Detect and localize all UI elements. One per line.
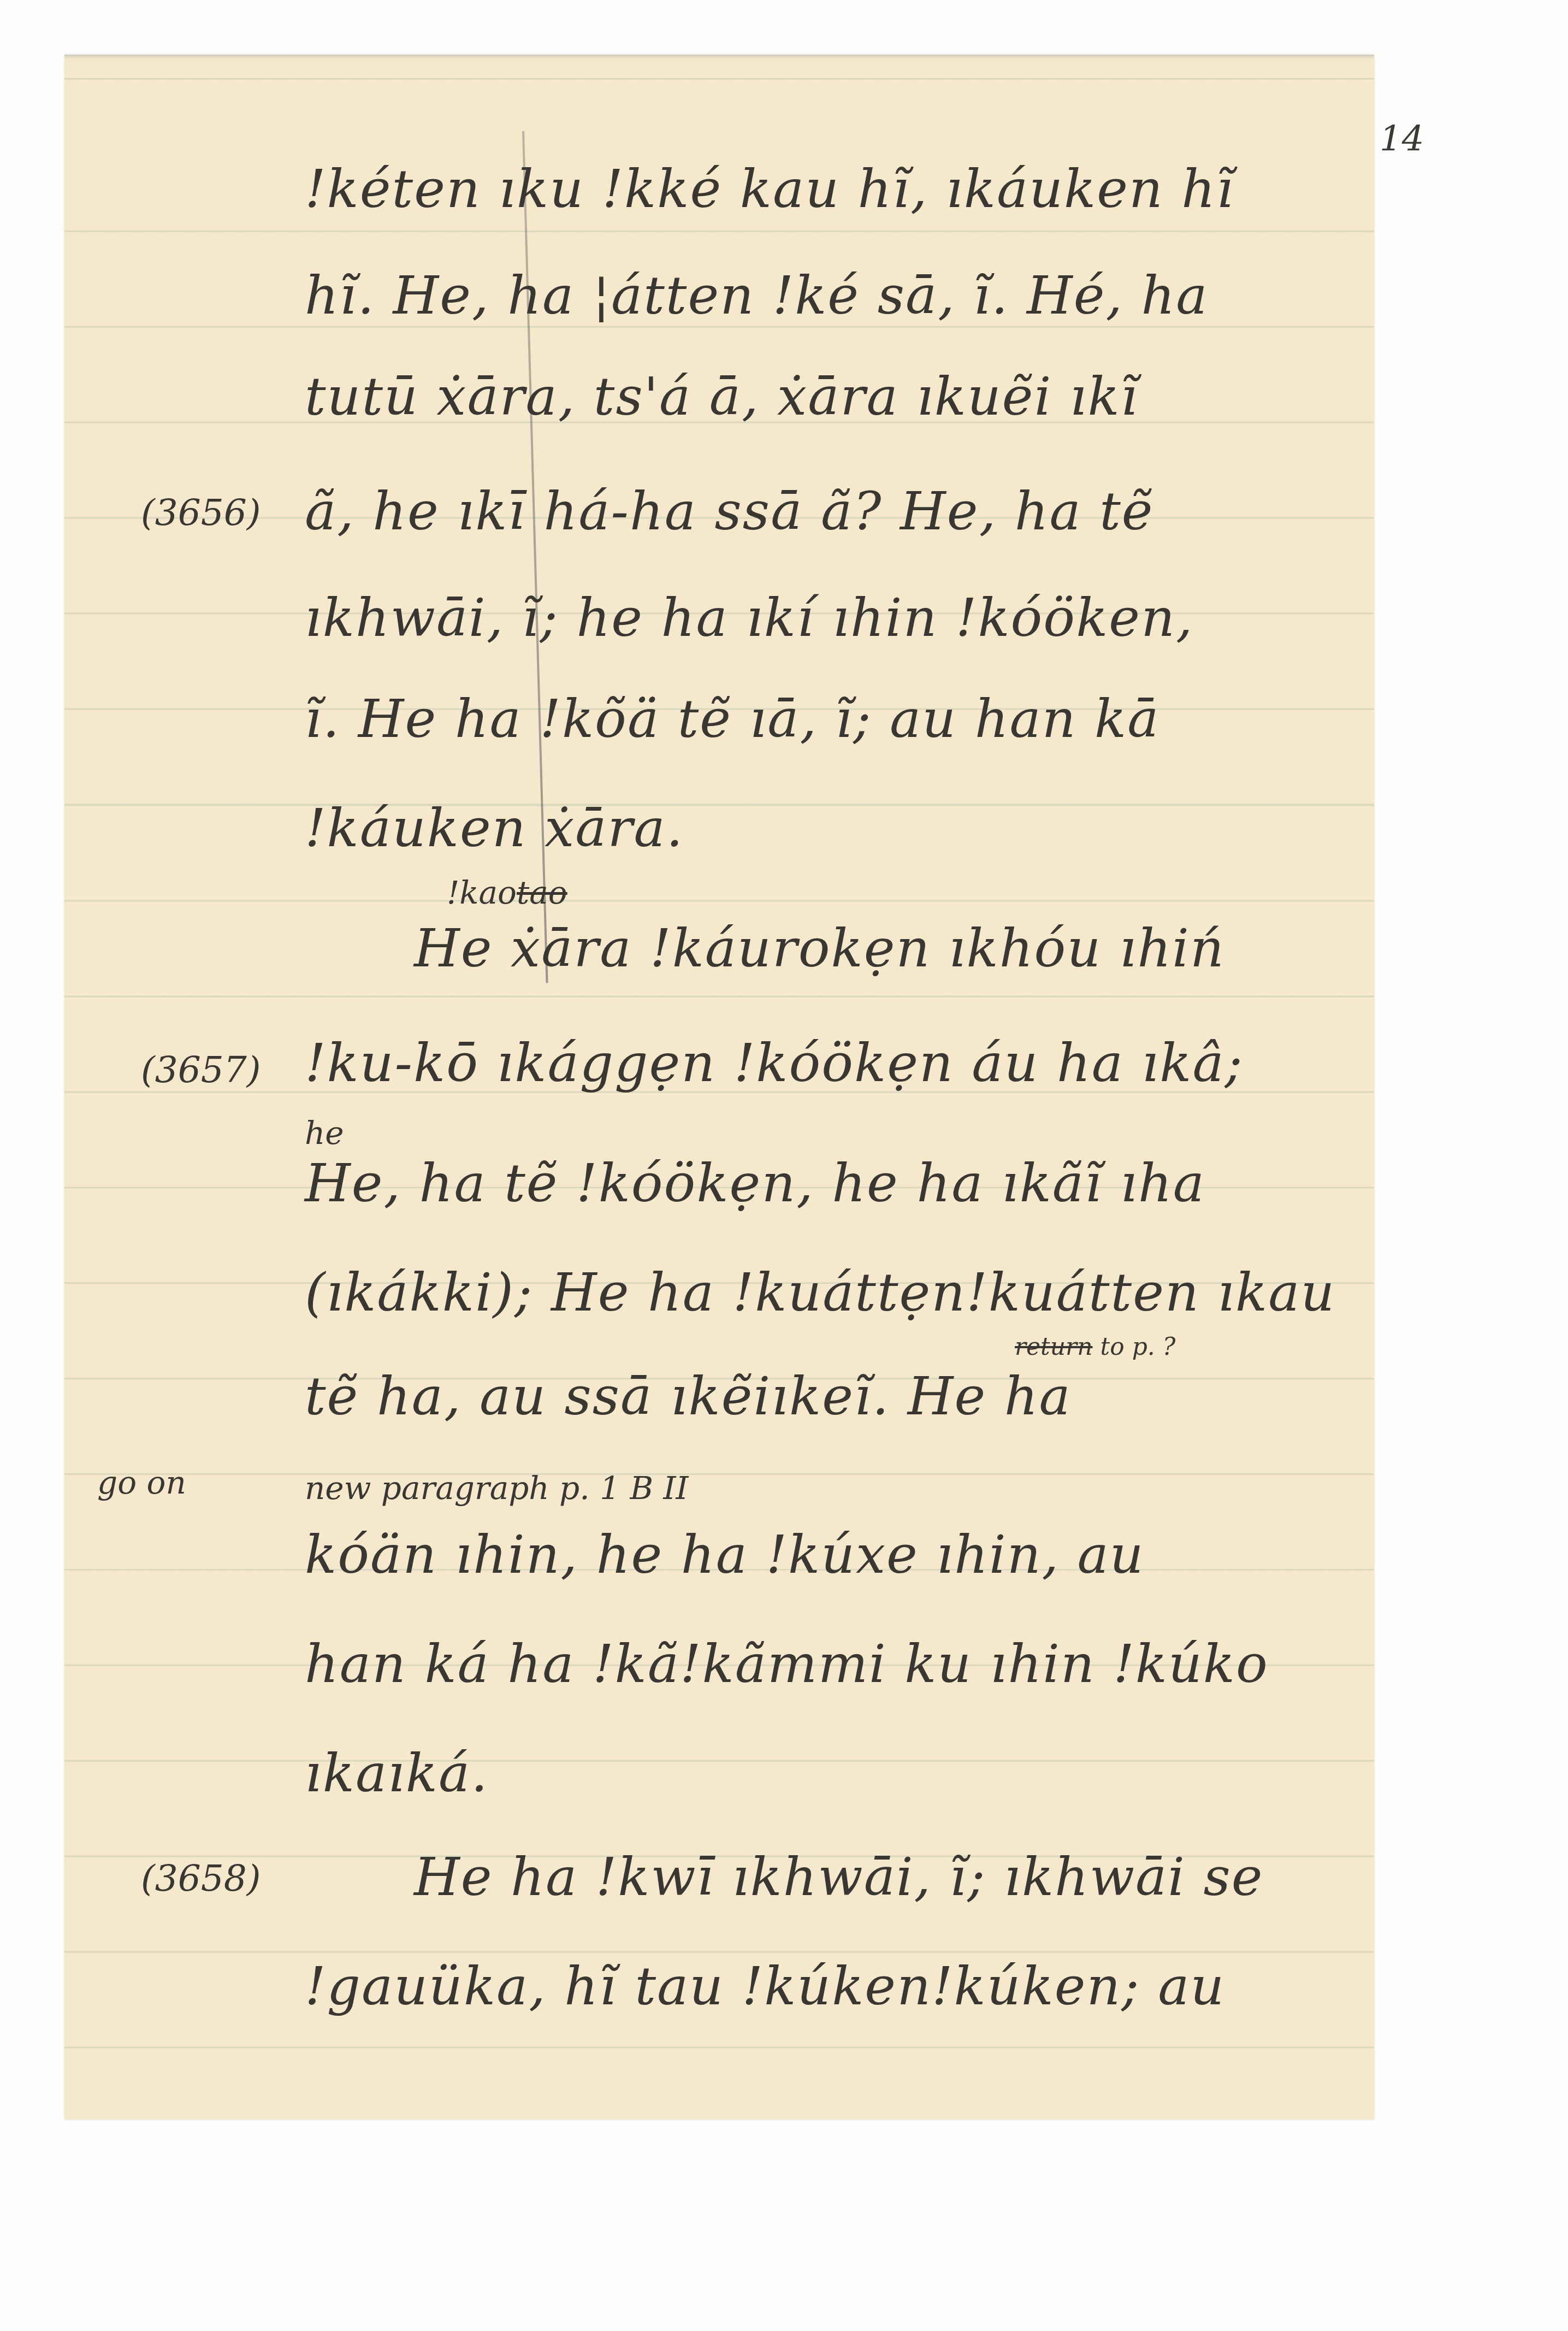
text-line-3: tutū ẋāra, ts'á ā, ẋāra ıkuẽi ıkĩ: [305, 366, 1138, 427]
text-line-7: !káuken ẋāra.: [305, 798, 684, 859]
margin-go-on: go on: [97, 1464, 186, 1501]
text-line-13: kóän ıhin, he ha !kúxe ıhin, au: [305, 1524, 1145, 1585]
text-line-1: !kéten ıku !kké kau hĩ, ıkáuken hĩ: [305, 158, 1234, 220]
insertion-note: !kaotao: [447, 874, 567, 911]
text-line-8: He ẋāra !káurokẹn ıkhóu ıhiń: [414, 918, 1225, 979]
return-note: return to p. ?: [1015, 1333, 1175, 1361]
text-line-12: tẽ ha, au ssā ıkẽiıkeĩ. He ha: [305, 1366, 1072, 1427]
text-line-17: !gauüka, hĩ tau !kúken!kúken; au: [305, 1956, 1225, 2017]
new-paragraph-note: new paragraph p. 1 B II: [305, 1470, 688, 1507]
margin-number-3656: (3656): [141, 492, 261, 534]
text-line-5: ıkhwāi, ĩ; he ha ıkí ıhin !kóöken,: [305, 587, 1193, 648]
text-line-16: He ha !kwī ıkhwāi, ĩ; ıkhwāi se: [414, 1846, 1264, 1908]
text-line-14: han ká ha !kã!kãmmi ku ıhin !kúko: [305, 1633, 1269, 1695]
text-line-2: hĩ. He, ha ¦átten !ké sā, ĩ. Hé, ha: [305, 265, 1209, 326]
manuscript-page: 14 !kéten ıku !kké kau hĩ, ıkáuken hĩ hĩ…: [64, 55, 1374, 2120]
insertion-he: he: [305, 1114, 344, 1152]
margin-number-3657: (3657): [141, 1049, 261, 1091]
text-line-6: ĩ. He ha !kõä tẽ ıā, ĩ; au han kā: [305, 688, 1159, 750]
text-line-10: He, ha tẽ !kóökẹn, he ha ıkãĩ ıha: [305, 1153, 1205, 1214]
margin-number-3658: (3658): [141, 1857, 261, 1899]
text-line-4: ã, he ıkī há-ha ssā ã? He, ha tẽ: [305, 481, 1154, 542]
text-line-15: ıkaıká.: [305, 1743, 489, 1804]
text-line-9: !ku-kō ıkággẹn !kóökẹn áu ha ıkâ;: [305, 1032, 1244, 1094]
page-number: 14: [1380, 119, 1424, 160]
text-line-11: (ıkákki); He ha !kuáttẹn!kuátten ıkau: [305, 1262, 1335, 1323]
